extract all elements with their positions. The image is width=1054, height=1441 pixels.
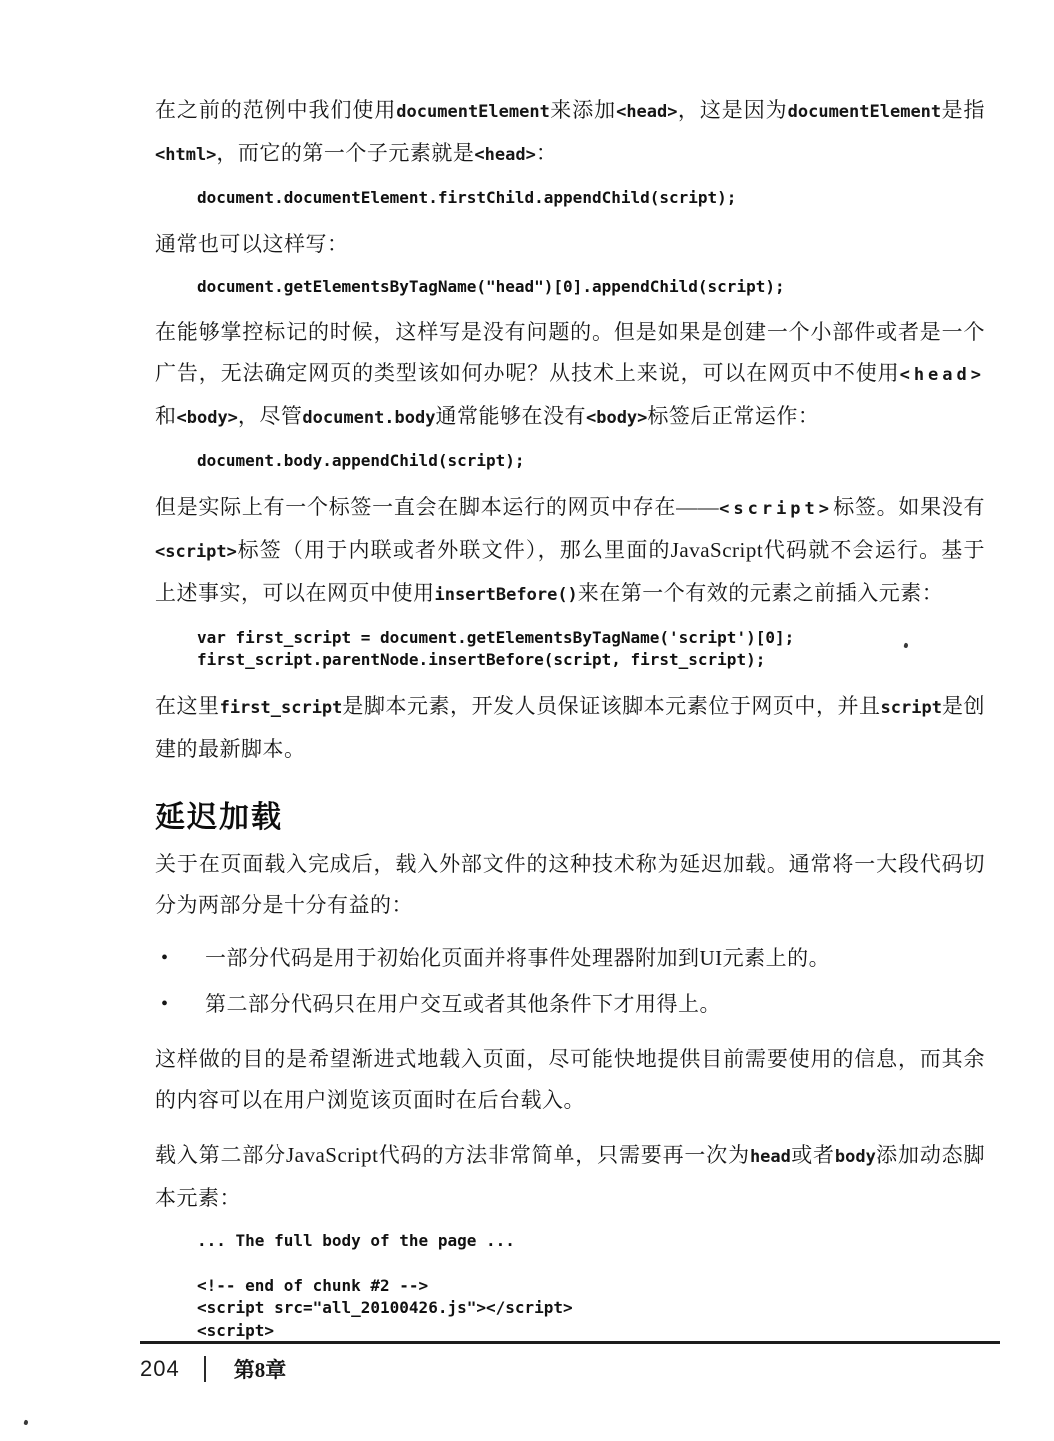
- paragraph: 在能够掌控标记的时候，这样写是没有问题的。但是如果是创建一个小部件或者是一个广告…: [155, 312, 985, 439]
- inline-code: <script>: [155, 542, 237, 562]
- scan-artifact: [23, 1419, 28, 1425]
- inline-code: documentElement: [788, 102, 942, 122]
- book-page: 在之前的范例中我们使用documentElement来添加<head>，这是因为…: [0, 0, 1054, 1441]
- inline-code: document.body: [302, 408, 435, 428]
- inline-code: head: [750, 1147, 791, 1167]
- inline-code: <head>: [616, 102, 677, 122]
- page-content: 在之前的范例中我们使用documentElement来添加<head>，这是因为…: [155, 76, 985, 1353]
- bullet-text: 一部分代码是用于初始化页面并将事件处理器附加到UI元素上的。: [205, 946, 830, 970]
- footer-row: 204 第8章: [140, 1354, 1000, 1384]
- paragraph: 但是实际上有一个标签一直会在脚本运行的网页中存在——<script>标签。如果没…: [155, 487, 985, 616]
- inline-code: <html>: [155, 145, 216, 165]
- footer-rule: [140, 1341, 1000, 1344]
- inline-code: first_script: [220, 698, 343, 718]
- inline-code: insertBefore(): [435, 585, 578, 605]
- code-block: ... The full body of the page ... <!-- e…: [197, 1230, 985, 1343]
- footer-separator-bar: [204, 1356, 206, 1382]
- inline-code: <body>: [586, 408, 647, 428]
- bullet-item: •第二部分代码只在用户交互或者其他条件下才用得上。: [155, 984, 985, 1025]
- inline-code: <head>: [900, 365, 985, 385]
- inline-code: <head>: [474, 145, 535, 165]
- inline-code: script: [881, 698, 942, 718]
- page-number: 204: [140, 1356, 180, 1382]
- inline-code: body: [835, 1147, 876, 1167]
- bullet-icon: •: [161, 938, 169, 979]
- page-footer: 204 第8章: [140, 1341, 1000, 1384]
- code-block: document.documentElement.firstChild.appe…: [197, 187, 985, 210]
- code-block: document.getElementsByTagName("head")[0]…: [197, 276, 985, 299]
- paragraph: 在这里first_script是脚本元素，开发人员保证该脚本元素位于网页中，并且…: [155, 686, 985, 770]
- code-block: document.body.appendChild(script);: [197, 450, 985, 473]
- chapter-label: 第8章: [234, 1354, 287, 1384]
- bullet-text: 第二部分代码只在用户交互或者其他条件下才用得上。: [205, 992, 721, 1016]
- section-heading: 延迟加载: [155, 792, 985, 836]
- paragraph: 在之前的范例中我们使用documentElement来添加<head>，这是因为…: [155, 90, 985, 176]
- paragraph: 这样做的目的是希望渐进式地载入页面，尽可能快地提供目前需要使用的信息，而其余的内…: [155, 1039, 985, 1121]
- inline-code: documentElement: [396, 102, 550, 122]
- inline-code: <script>: [719, 499, 833, 519]
- inline-code: <body>: [177, 408, 238, 428]
- paragraph: 通常也可以这样写：: [155, 224, 985, 265]
- paragraph: 关于在页面载入完成后，载入外部文件的这种技术称为延迟加载。通常将一大段代码切分为…: [155, 844, 985, 926]
- paragraph: 载入第二部分JavaScript代码的方法非常简单，只需要再一次为head或者b…: [155, 1135, 985, 1219]
- bullet-icon: •: [161, 984, 169, 1025]
- bullet-item: •一部分代码是用于初始化页面并将事件处理器附加到UI元素上的。: [155, 938, 985, 979]
- code-block: var first_script = document.getElementsB…: [197, 627, 985, 672]
